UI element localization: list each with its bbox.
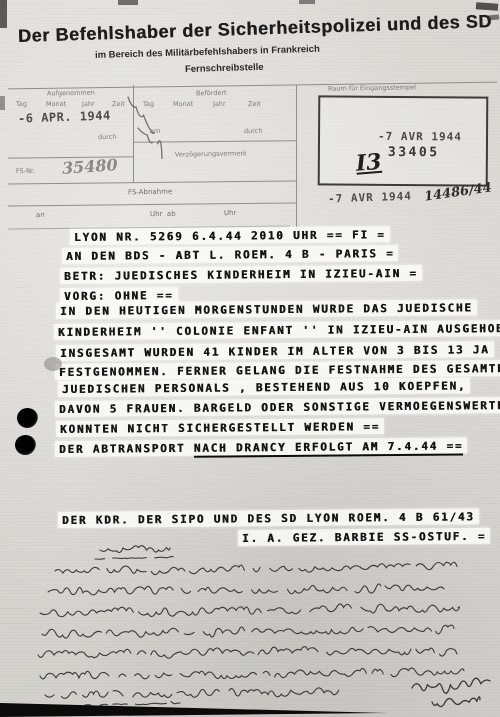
entry-stamp-number: 33405 (388, 145, 440, 160)
telex-line: DAVON 5 FRAUEN. BARGELD ODER SONSTIGE VE… (55, 397, 500, 417)
form-befoerdert-durch: durch (244, 127, 263, 135)
scan-artifact (118, 0, 138, 5)
form-aufgenommen-durch: durch (98, 133, 117, 141)
signature-sender-line: DER KDR. DER SIPO UND DES SD LYON ROEM. … (58, 508, 479, 528)
telex-line: INSGESAMT WURDEN 41 KINDER IM ALTER VON … (56, 341, 494, 361)
received-date-stamp: -6 APR. 1944 (18, 108, 111, 125)
form-time-uhr-ab: Uhr ab (150, 210, 176, 218)
telex-transport-underlined: NACH DRANCY ERFOLGT AM 7.4.44 == (194, 439, 464, 457)
form-fs-nr-label: FS-Nr. (16, 167, 35, 175)
form-eingangsstempel-label: Raum für Eingangsstempel (328, 83, 416, 93)
form-col-tag: Tag (16, 100, 27, 108)
scan-artifact (476, 2, 498, 11)
hole-punch-mark (15, 435, 36, 455)
form-befoerdert-label: Befördert (196, 89, 227, 98)
scan-artifact (299, 0, 315, 4)
telex-line: AN DEN BDS - ABT L. ROEM. 4 B - PARIS = (62, 245, 399, 264)
form-time-an: an (36, 211, 45, 219)
scan-artifact (44, 357, 62, 371)
telex-line: KONNTEN NICHT SICHERGESTELLT WERDEN == (56, 418, 384, 437)
form-befoerdert-tag: Tag (143, 100, 154, 108)
form-fs-abnahme: FS-Abnahme (128, 188, 172, 197)
scan-edge-bar (0, 703, 388, 717)
letterhead-subtitle: im Bereich des Militärbefehlshabers in F… (95, 44, 320, 61)
telex-line: JUEDISCHEN PERSONALS , BESTEHEND AUS 10 … (58, 377, 470, 397)
form-col-jahr: Jahr (82, 100, 95, 108)
form-befoerdert-zeit: Zeit (248, 100, 261, 108)
form-line-fs-abnahme (8, 202, 296, 206)
entry-note-stamp-date: -7 AVR 1944 (328, 190, 412, 206)
scan-artifact (0, 96, 5, 110)
form-col-monat: Monat (46, 100, 66, 108)
letterhead-office: Fernschreibstelle (185, 62, 264, 75)
entry-stamp-handwritten-mark: I3 (355, 149, 383, 177)
entry-stamp-box: -7 AVR 1944 33405 I3 (318, 95, 489, 186)
document-scan: Der Befehlshaber der Sicherheitspolizei … (0, 0, 500, 717)
form-divider-vertical-2 (296, 85, 297, 229)
letterhead-title: Der Befehlshaber der Sicherheitspolizei … (18, 11, 493, 47)
form-line-verzoegerung-top (133, 140, 296, 142)
telex-transport-pre: DER ABTRANSPORT (59, 442, 194, 456)
form-aufgenommen-label: Aufgenommen (47, 89, 95, 98)
form-befoerdert-jahr: Jahr (213, 100, 226, 108)
telex-line: KINDERHEIM '' COLONIE ENFANT '' IN IZIEU… (54, 320, 500, 340)
form-line-mid (8, 180, 296, 184)
form-befoerdert-monat: Monat (173, 100, 193, 108)
form-time-uhr: Uhr (224, 209, 237, 217)
form-verzoegerungsvermerk: Verzögerungsvermerk (175, 149, 247, 158)
hole-punch-mark (17, 408, 38, 428)
form-befoerdert-am: am (150, 127, 160, 135)
fs-nr-handwritten-value: 35480 (61, 155, 118, 178)
telex-line: LYON NR. 5269 6.4.44 2010 UHR == FI = (70, 226, 390, 245)
telex-transport-line: DER ABTRANSPORT NACH DRANCY ERFOLGT AM 7… (55, 437, 467, 457)
form-divider-vertical-1 (133, 85, 134, 183)
form-col-zeit: Zeit (112, 100, 125, 108)
scan-artifact (0, 0, 7, 28)
telex-line: BETR: JUEDISCHES KINDERHEIM IN IZIEU-AIN… (60, 265, 422, 284)
entry-stamp-date: -7 AVR 1944 (378, 130, 462, 144)
scan-artifact (487, 14, 499, 20)
telex-line: IN DEN HEUTIGEN MORGENSTUNDEN WURDE DAS … (56, 299, 477, 319)
signature-barbie-line: I. A. GEZ. BARBIE SS-OSTUF. = (238, 528, 490, 546)
